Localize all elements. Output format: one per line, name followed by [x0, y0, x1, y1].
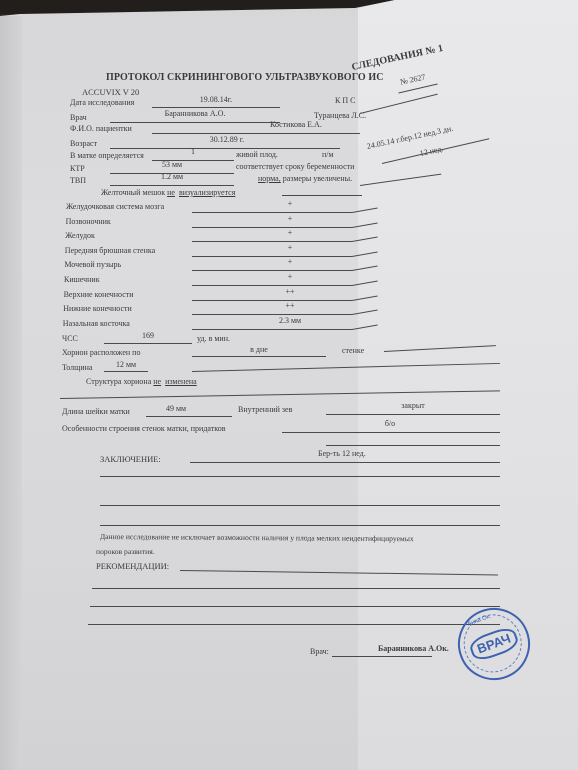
tvp-suffix-text: размеры увеличены.	[281, 174, 352, 183]
cervix-label: Длина шейки матки	[62, 408, 130, 416]
ktr-label: КТР	[70, 165, 85, 173]
disclaimer-line-2: пороков развития.	[96, 548, 155, 556]
heart-rate-suffix: уд. в мин.	[197, 335, 230, 343]
organ-value: ++	[192, 288, 388, 296]
organ-label: Кишечник	[64, 276, 100, 284]
exam-date-value: 19.08.14г.	[152, 96, 280, 104]
ktr-suffix: соответствует сроку беременности	[236, 163, 354, 171]
tvp-norm: норма,	[258, 174, 281, 183]
uterus-suffix: живой плод.	[236, 151, 278, 159]
organ-line	[192, 285, 352, 286]
yolk-sac-neg: не	[167, 188, 175, 197]
thickness-line	[104, 371, 148, 372]
organ-value: +	[192, 244, 388, 252]
organ-label: Позвоночник	[66, 218, 111, 226]
doctor-label: Врач	[70, 114, 87, 122]
conclusion-line	[190, 462, 500, 463]
chorion-suffix: стенке	[342, 347, 364, 355]
device-name: ACCUVIX V 20	[82, 88, 139, 97]
walls-label: Особенности строения стенок матки, прида…	[62, 425, 225, 433]
chorion-value: в дне	[192, 346, 326, 354]
organ-value: +	[192, 258, 388, 266]
organ-label: Назальная косточка	[63, 320, 130, 328]
walls-value: б/о	[330, 420, 450, 428]
chorion-structure-value: изменена	[165, 377, 197, 386]
thickness-label: Толщина	[62, 364, 92, 372]
organ-label: Верхние конечности	[64, 291, 134, 299]
internal-os-line	[326, 414, 500, 415]
organ-line	[192, 329, 352, 330]
signature-line	[332, 656, 432, 657]
organ-label: Желудочковая система мозга	[66, 203, 164, 211]
yolk-sac: Желточный мешок не визуализируется	[101, 189, 235, 197]
chorion-structure: Структура хориона не изменена	[86, 378, 197, 386]
signature-label: Врач:	[310, 648, 329, 656]
yolk-sac-label: Желточный мешок	[101, 188, 165, 197]
signature-value: Баранникова А.Ок.	[378, 645, 449, 653]
recommendations-label: РЕКОМЕНДАЦИИ:	[96, 562, 169, 571]
thickness-value: 12 мм	[104, 361, 148, 369]
organ-line	[192, 227, 352, 228]
chorion-label: Хорион расположен по	[62, 349, 140, 357]
recommendations-line-4	[88, 624, 500, 625]
organ-label: Нижние конечности	[63, 305, 132, 313]
cervix-value: 49 мм	[146, 405, 206, 413]
doctor-right-value: Туранцева Л.С.	[314, 112, 366, 120]
organ-value: ++	[192, 302, 388, 310]
conclusion-label: ЗАКЛЮЧЕНИЕ:	[100, 455, 161, 464]
patient-line	[152, 133, 360, 134]
organ-value: +	[192, 200, 388, 208]
internal-os-label: Внутренний зев	[238, 406, 292, 414]
exam-date-label: Дата исследования	[70, 99, 134, 107]
walls-line	[282, 432, 500, 433]
recommendations-line-2	[92, 588, 500, 589]
age-value: 30.12.89 г.	[152, 136, 302, 144]
conclusion-line-4	[100, 525, 500, 526]
header-right-code: К П С	[335, 97, 355, 105]
organ-value: 2.3 мм	[192, 317, 388, 325]
organ-line	[192, 314, 352, 315]
disclaimer-line-1: Данное исследование не исключает возможн…	[100, 533, 414, 543]
doctor-value: Баранникова А.О.	[110, 110, 280, 118]
document-title-part1: ПРОТОКОЛ СКРИНИНГОВОГО УЛЬТРАЗВУКОВОГО И…	[106, 73, 384, 83]
heart-rate-line	[104, 343, 192, 344]
conclusion-line-3	[100, 505, 500, 506]
tvp-suffix: норма, размеры увеличены.	[258, 175, 352, 183]
chorion-structure-label: Структура хориона	[86, 377, 151, 386]
yolk-sac-line	[282, 195, 362, 196]
uterus-value: 1	[152, 148, 234, 156]
conclusion-line-2	[100, 476, 500, 477]
organ-label: Желудок	[65, 232, 95, 240]
organ-label: Передняя брюшная стенка	[65, 247, 155, 255]
doctor-line	[110, 122, 280, 123]
uterus-label: В матке определяется	[70, 152, 144, 160]
organ-value: +	[192, 215, 388, 223]
walls-extra-line	[326, 445, 500, 446]
cervix-line	[146, 416, 232, 417]
organ-line	[192, 241, 352, 242]
organ-line	[192, 256, 352, 257]
internal-os-value: закрыт	[326, 402, 500, 410]
organ-label: Мочевой пузырь	[64, 261, 121, 269]
conclusion-value: Бер-ть 12 нед.	[318, 450, 366, 458]
uterus-extra: п/м	[322, 151, 334, 159]
tvp-line	[110, 185, 234, 186]
yolk-sac-value: визуализируется	[179, 188, 235, 197]
ktr-value: 53 мм	[110, 161, 234, 169]
chorion-structure-neg: не	[153, 377, 161, 386]
organ-line	[192, 300, 352, 301]
heart-rate-value: 169	[104, 332, 192, 340]
organ-value: +	[192, 273, 388, 281]
tvp-label: ТВП	[70, 177, 86, 185]
chorion-line	[192, 356, 326, 357]
tvp-value: 1.2 мм	[110, 173, 234, 181]
patient-value: Костикова Е.А.	[270, 121, 322, 129]
age-label: Возраст	[70, 140, 97, 148]
heart-rate-label: ЧСС	[62, 335, 78, 343]
exam-date-line	[152, 107, 280, 108]
organ-line	[192, 270, 352, 271]
organ-line	[192, 212, 352, 213]
patient-label: Ф.И.О. пациентки	[70, 125, 132, 133]
organ-value: +	[192, 229, 388, 237]
paper-edge-fold	[0, 16, 22, 770]
recommendations-line-3	[90, 606, 500, 607]
